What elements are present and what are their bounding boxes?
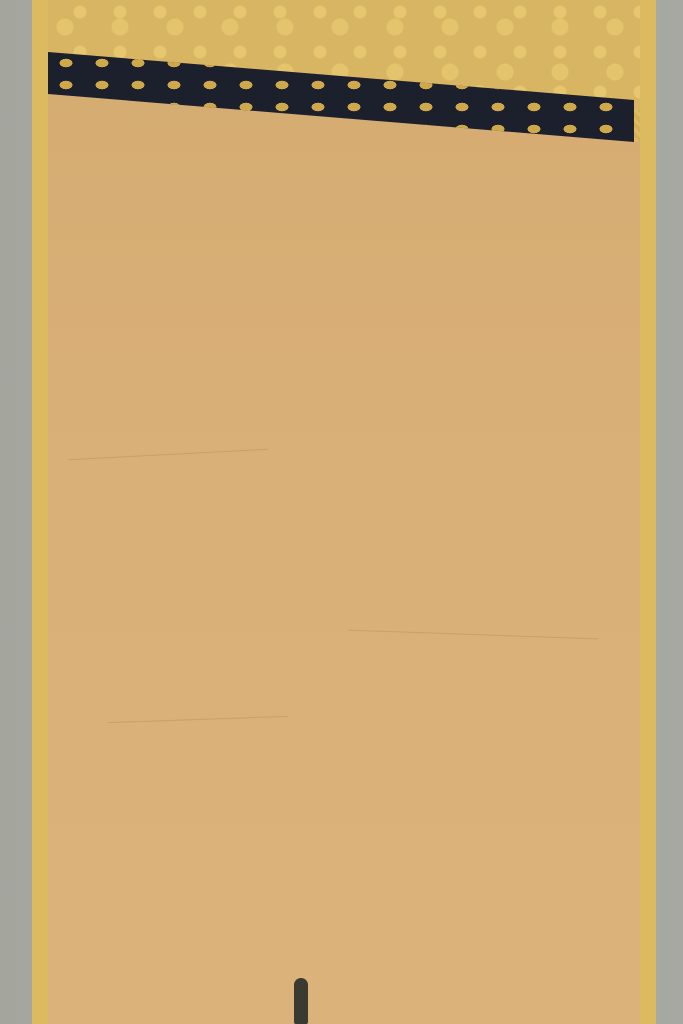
paper-crease	[108, 716, 288, 723]
hanging-scroll	[32, 0, 656, 1024]
paper-panel	[48, 94, 640, 1024]
paper-crease	[68, 449, 268, 460]
left-brocade-border	[32, 0, 48, 1024]
paper-crease	[348, 630, 598, 640]
ink-brush-stroke	[294, 978, 308, 1024]
right-brocade-border	[640, 0, 656, 1024]
